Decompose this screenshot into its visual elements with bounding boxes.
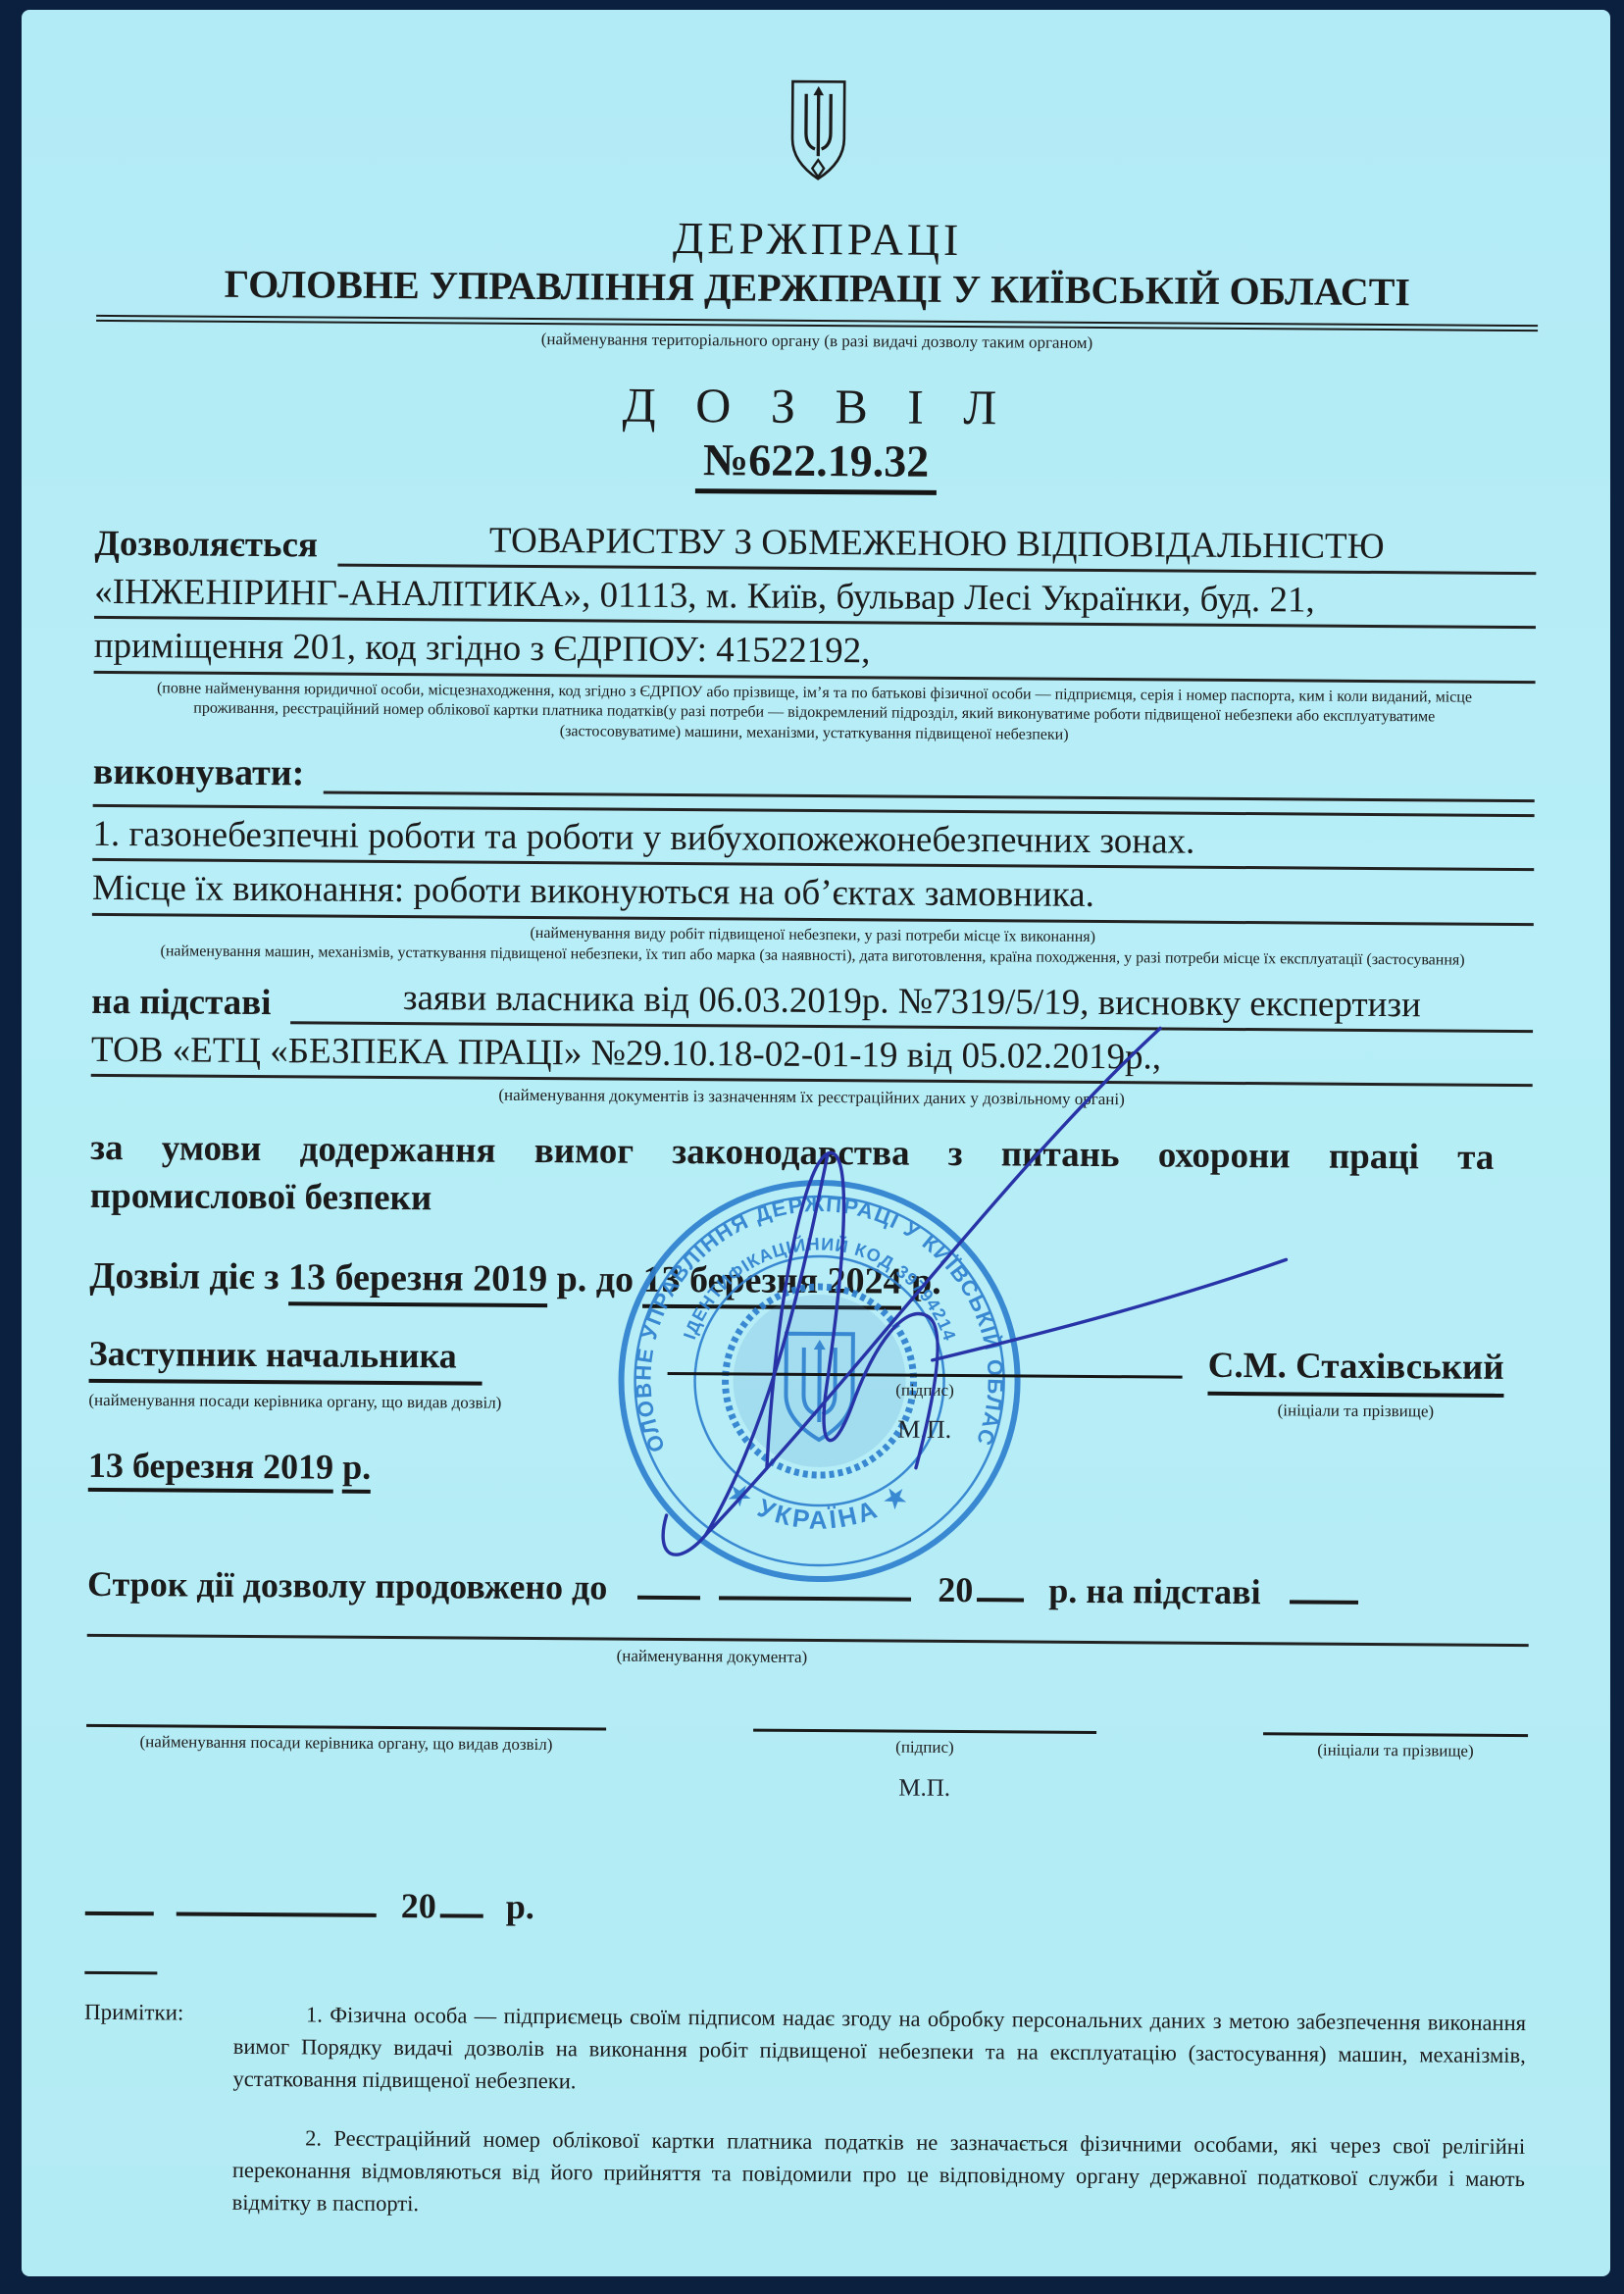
blank-day-2: [85, 1876, 154, 1915]
document-content: ДЕРЖПРАЦІ ГОЛОВНЕ УПРАВЛІННЯ ДЕРЖПРАЦІ У…: [83, 52, 1540, 2227]
bottom-year-literal: 20: [401, 1887, 436, 1926]
scanned-permit-page: ДЕРЖПРАЦІ ГОЛОВНЕ УПРАВЛІННЯ ДЕРЖПРАЦІ У…: [22, 10, 1610, 2276]
second-signature-line: [753, 1729, 1096, 1734]
position-caption: (найменування посади керівника органу, щ…: [88, 1390, 501, 1414]
agency-full-name: ГОЛОВНЕ УПРАВЛІННЯ ДЕРЖПРАЦІ У КИЇВСЬКІЙ…: [96, 262, 1538, 331]
document-title: Д О З В І Л: [95, 377, 1537, 435]
after-year: р. на підставі: [1048, 1571, 1261, 1612]
notes-section: Примітки: 1. Фізична особа — підприємець…: [83, 1998, 1527, 2227]
second-name-line: [1263, 1733, 1528, 1738]
signature-line-group: (підпис) М.П.: [667, 1372, 1182, 1447]
second-position-column: (найменування посади керівника органу, щ…: [86, 1724, 606, 1757]
second-signature-row: (найменування посади керівника органу, щ…: [85, 1724, 1528, 1857]
grantee-line-3: приміщення 201, код згідно з ЄДРПОУ: 415…: [94, 619, 1536, 684]
work-line-1: 1. газонебезпечні роботи та роботи у виб…: [92, 807, 1534, 872]
work-captions: (найменування виду робіт підвищеної небе…: [92, 921, 1534, 972]
grantee-line-1: ТОВАРИСТВУ З ОБМЕЖЕНОЮ ВІДПОВІДАЛЬНІСТЮ: [337, 521, 1537, 575]
note-item-1: 1. Фізична особа — підприємець своїм під…: [232, 1999, 1526, 2104]
signer-name-group: С.М. Стахівський (ініціали та прізвище): [1159, 1345, 1552, 1424]
extension-label: Строк дії дозволу продовжено до: [87, 1564, 608, 1607]
name-caption: (ініціали та прізвище): [1159, 1400, 1551, 1424]
agency-caption: (найменування територіального органу (в …: [96, 326, 1538, 357]
validity-prefix: Дозвіл діє з: [89, 1255, 279, 1298]
blank-basis: [1289, 1565, 1357, 1605]
allowed-label: Дозволяється: [94, 525, 318, 566]
grantee-captions: (повне найменування юридичної особи, міс…: [93, 678, 1535, 749]
second-position-caption: (найменування посади керівника органу, щ…: [86, 1731, 606, 1757]
basis-caption: (найменування документів із зазначенням …: [91, 1082, 1533, 1113]
signature-block: ГОЛОВНЕ УПРАВЛІННЯ ДЕРЖПРАЦІ У КИЇВСЬКІЙ…: [87, 1325, 1530, 1549]
agency-short-name: ДЕРЖПРАЦІ: [97, 210, 1539, 268]
perform-label: виконувати:: [93, 753, 305, 793]
work-line-2: Місце їх виконання: роботи виконуються н…: [92, 861, 1534, 926]
second-name-column: (ініціали та прізвище): [1263, 1733, 1528, 1763]
notes-label: Примітки:: [83, 1998, 234, 2218]
second-position-line: [86, 1724, 606, 1731]
blank-year-2: [440, 1879, 483, 1918]
bottom-after-year: р.: [506, 1887, 534, 1926]
issue-date: 13 березня 2019 р.: [88, 1445, 372, 1488]
blank-month-2: [177, 1877, 377, 1917]
grantee-line-2: «ІНЖЕНІРИНГ-АНАЛІТИКА», 01113, м. Київ, …: [94, 565, 1536, 630]
short-blank-rule: [84, 1963, 157, 1975]
second-seal-abbreviation: М.П.: [753, 1773, 1096, 1803]
signer-name: С.М. Стахівський: [1208, 1345, 1504, 1398]
seal-abbreviation: М.П.: [667, 1413, 1182, 1447]
signer-position-title: Заступник начальника: [89, 1333, 482, 1386]
notes-body: 1. Фізична особа — підприємець своїм під…: [232, 1999, 1527, 2227]
valid-from-date: 13 березня 2019: [288, 1257, 547, 1308]
blank-date-line: 20 р.: [85, 1876, 1527, 1934]
second-sign-caption: (підпис): [753, 1736, 1096, 1760]
document-number: №622.19.32: [95, 433, 1537, 499]
document-caption: (найменування документа): [87, 1642, 1529, 1673]
basis-line-1: заяви власника від 06.03.2019р. №7319/5/…: [290, 979, 1533, 1034]
sign-caption: (підпис): [667, 1378, 1182, 1403]
basis-label: на підставі: [91, 983, 271, 1024]
second-name-caption: (ініціали та прізвище): [1263, 1740, 1528, 1763]
basis-line-2: ТОВ «ЕТЦ «БЕЗПЕКА ПРАЦІ» №29.10.18-02-01…: [91, 1023, 1533, 1088]
second-sign-column: (підпис) М.П.: [753, 1729, 1097, 1804]
ukraine-trident-emblem-icon: [786, 78, 851, 182]
note-item-2: 2. Реєстраційний номер облікової картки …: [232, 2122, 1526, 2227]
